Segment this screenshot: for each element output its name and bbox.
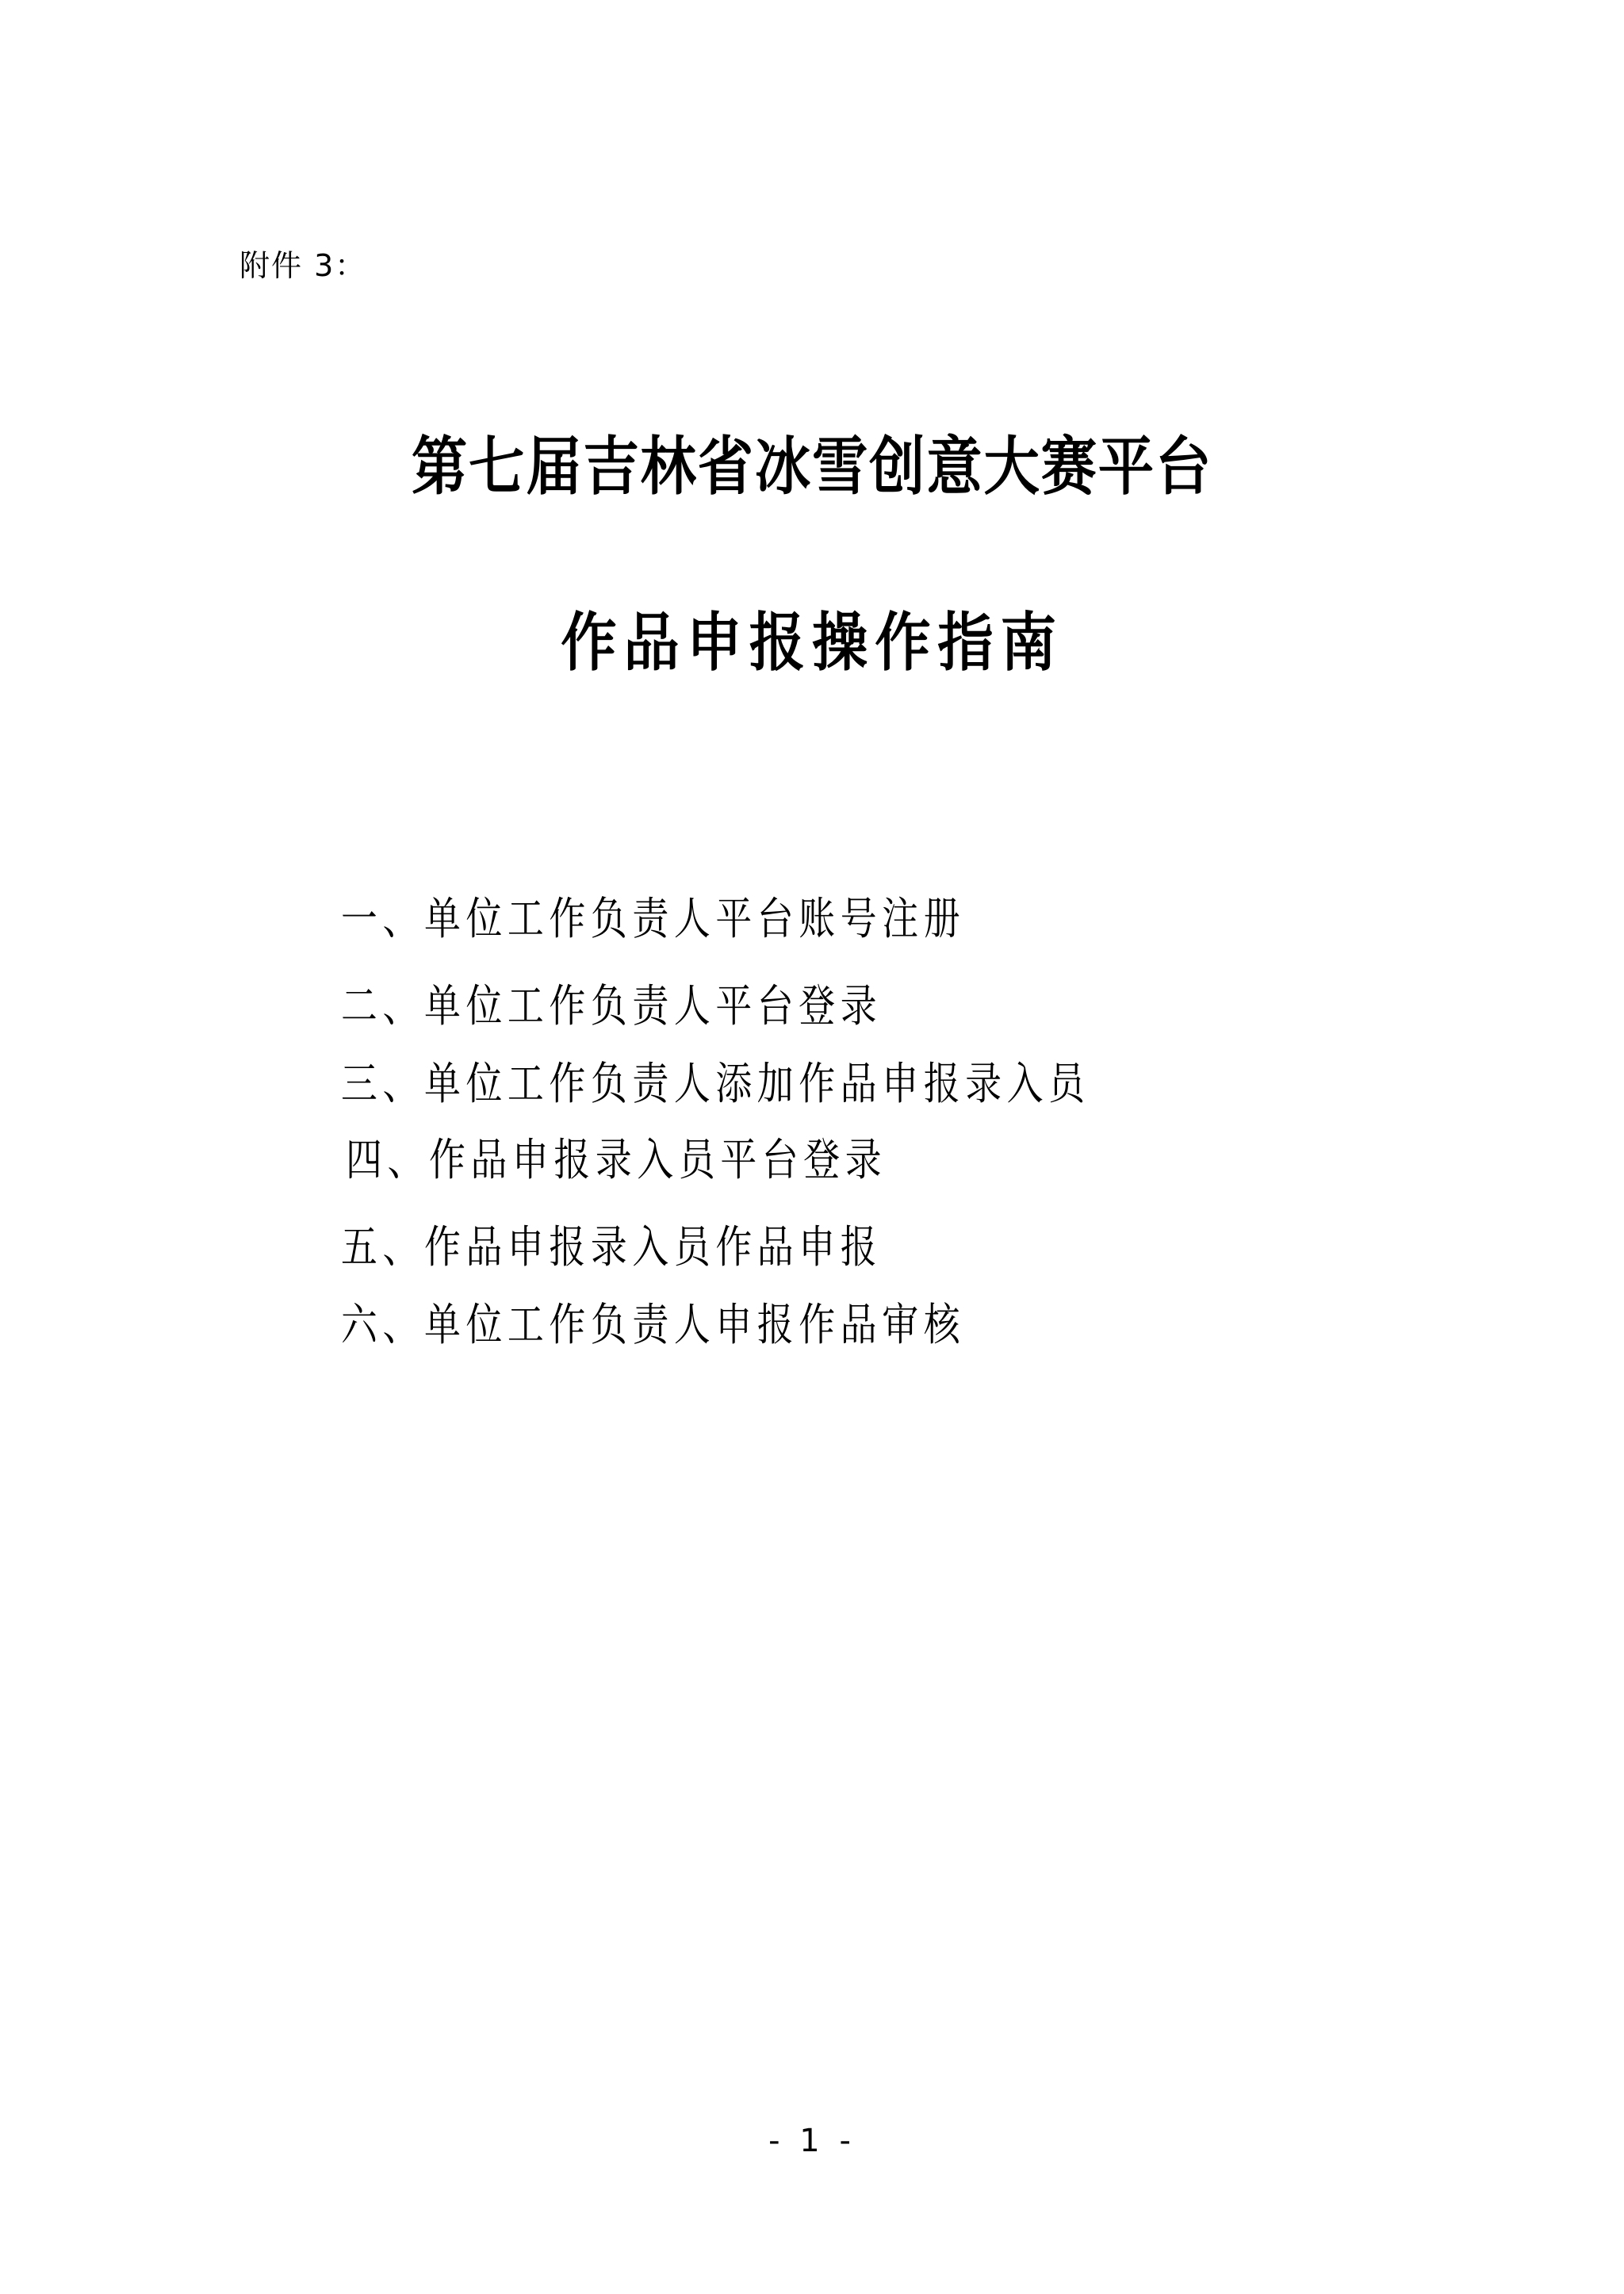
toc-item-2: 二、单位工作负责人平台登录	[341, 982, 882, 1032]
toc-item-1: 一、单位工作负责人平台账号注册	[341, 894, 965, 945]
document-title-line-2: 作品申报操作指南	[98, 604, 1526, 680]
attachment-label: 附件 3：	[239, 247, 366, 284]
page-number: - 1 -	[0, 2122, 1624, 2160]
toc-item-4: 四、作品申报录入员平台登录	[346, 1136, 887, 1186]
toc-item-3: 三、单位工作负责人添加作品申报录入员	[341, 1059, 1090, 1110]
toc-item-5: 五、作品申报录入员作品申报	[341, 1223, 882, 1273]
document-title-line-1: 第七届吉林省冰雪创意大赛平台	[98, 428, 1526, 504]
toc-item-6: 六、单位工作负责人申报作品审核	[341, 1300, 965, 1351]
